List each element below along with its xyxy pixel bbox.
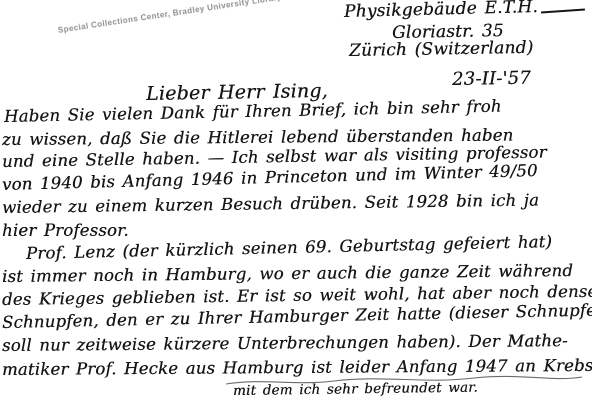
body-line-1: Haben Sie vielen Dank für Ihren Brief, i… bbox=[4, 97, 502, 126]
body-line-11: soll nur zeitweise kürzere Unterbrechung… bbox=[2, 331, 568, 355]
insertion-text: mit dem ich sehr befreundet war. bbox=[233, 380, 478, 399]
sender-address-line-1: Physikgebäude E.T.H. bbox=[344, 0, 538, 22]
letter-scan-page: Special Collections Center, Bradley Univ… bbox=[0, 0, 592, 410]
body-line-6: hier Professor. bbox=[2, 221, 129, 240]
library-stamp: Special Collections Center, Bradley Univ… bbox=[57, 0, 286, 35]
sender-address-line-3: Zürich (Switzerland) bbox=[349, 38, 534, 61]
body-line-5: wieder zu einem kurzen Besuch drüben. Se… bbox=[2, 191, 539, 217]
letter-date: 23-II-'57 bbox=[452, 68, 531, 90]
pen-stroke-dash bbox=[541, 8, 585, 13]
